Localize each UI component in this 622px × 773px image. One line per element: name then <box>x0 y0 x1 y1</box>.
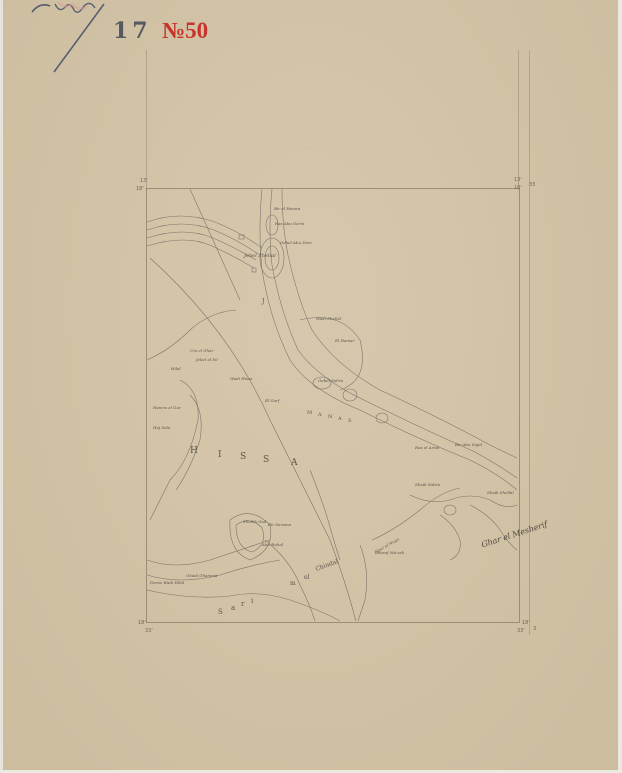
place-label: Sheikh Gad <box>243 519 266 524</box>
place-label: Jebel Shellal <box>244 253 276 259</box>
place-label: Haj Sala <box>153 425 170 430</box>
region-label-manas-m: M <box>307 410 312 416</box>
region-label-j: J <box>262 298 264 305</box>
region-label-el: el <box>304 574 309 581</box>
place-label: Um el Ghar <box>190 348 213 353</box>
region-label-hissa-i: I <box>218 450 222 460</box>
place-label: Bir Abu Sigal <box>455 442 482 447</box>
region-label-manas-a2: A <box>338 416 342 422</box>
region-label-manas-a1: A <box>318 412 322 418</box>
place-label: Gebel Sidrin <box>318 378 343 383</box>
place-label: El Garf <box>265 398 279 403</box>
place-label: Abu Rahal <box>262 542 283 547</box>
place-label: Gebel Abu Dom <box>280 240 312 245</box>
place-label: Sharaf Ma'ash <box>375 550 404 555</box>
place-label: Hamra el Gur <box>153 405 181 410</box>
place-label: Ras el Arish <box>415 445 439 450</box>
region-label-um: m <box>290 580 296 587</box>
place-label: Wadi Hissa <box>230 376 253 381</box>
place-label: Ras Abu Gerin <box>275 221 304 226</box>
place-label: Shaib Sidrin <box>415 482 440 487</box>
region-label-hissa-s1: S <box>240 452 246 462</box>
place-label: El Hamar <box>335 338 354 343</box>
region-label-hissa-h: H <box>190 446 198 456</box>
place-label: Bir el Hamra <box>274 206 300 211</box>
place-label: Bir Sarama <box>268 522 291 527</box>
place-label: Wadi Shellal <box>316 316 341 321</box>
region-label-sarif-i: i <box>251 597 253 605</box>
region-label-manas-n: N <box>328 414 332 420</box>
place-label: Ghadi Ghamma <box>186 573 217 578</box>
region-label-sarif-r: r <box>241 600 244 608</box>
map-linework <box>0 0 622 773</box>
place-label: Daras Wadi Hilal <box>150 580 184 585</box>
region-label-hissa-s2: S <box>263 455 269 465</box>
region-label-sarif-a: a <box>231 604 235 612</box>
region-label-hissa-a: A <box>291 458 298 468</box>
place-label: Jebel el Sil <box>196 357 218 362</box>
region-label-sarif-s: S <box>218 608 223 616</box>
place-label: Shaib Shellal <box>487 490 514 495</box>
place-label: Hilal <box>171 366 181 371</box>
region-label-manas-s: S <box>348 418 351 424</box>
